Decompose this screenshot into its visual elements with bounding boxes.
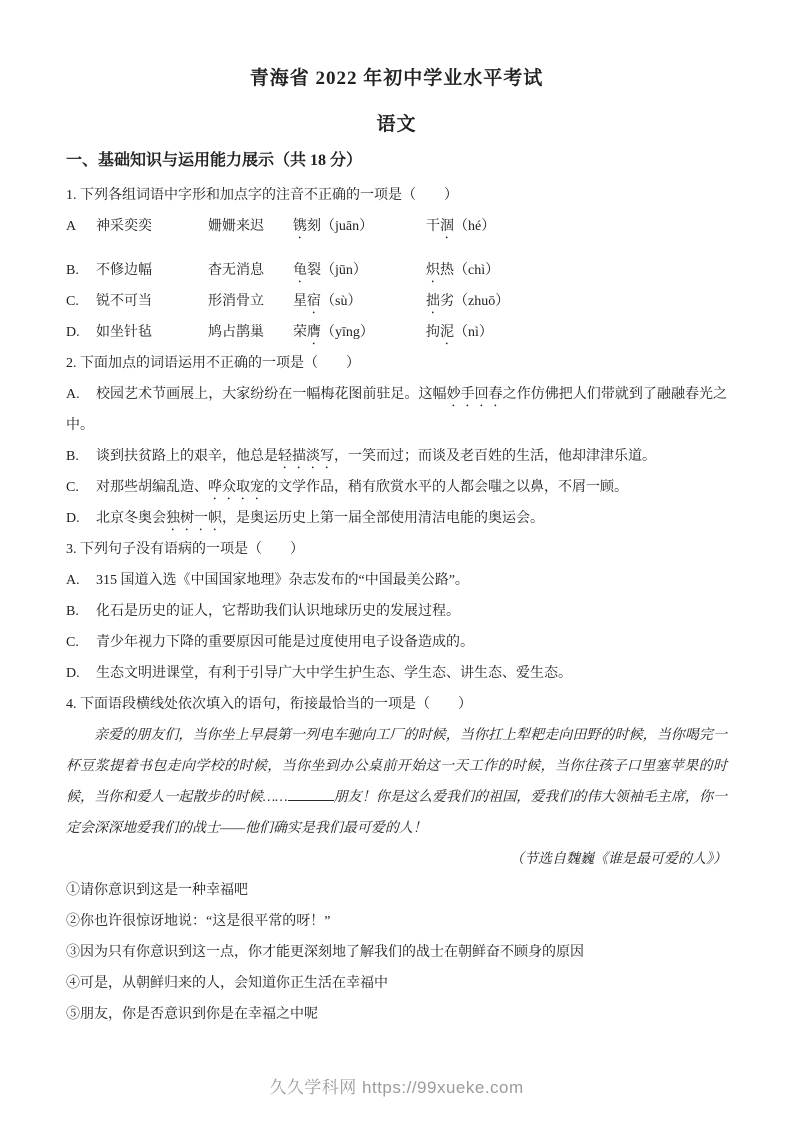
q1-word: 鸠占鹊巢	[208, 317, 293, 348]
exam-content: 青海省 2022 年初中学业水平考试 语文 一、基础知识与运用能力展示（共 18…	[0, 0, 793, 1030]
option-label: C.	[66, 472, 83, 503]
option-text: 化石是历史的证人，它帮助我们认识地球历史的发展过程。	[96, 604, 460, 619]
q4-item-1: ①请你意识到这是一种幸福吧	[66, 875, 727, 906]
q1-word-pinyin: 星宿（sù）	[293, 286, 426, 317]
option-text: 北京冬奥会独树一帜，是奥运历史上第一届全部使用清洁电能的奥运会。	[96, 511, 544, 526]
option-text: 校园艺术节画展上，大家纷纷在一幅梅花图前驻足。这幅妙手回春之作仿佛把人们带就到了…	[66, 387, 727, 433]
q1-word-pinyin: 镌刻（juān）	[293, 211, 426, 242]
q4-passage: 亲爱的朋友们，当你坐上早晨第一列电车驰向工厂的时候，当你扛上犁耙走向田野的时候，…	[66, 720, 727, 844]
q1-word-pinyin: 干涸（hé）	[426, 211, 727, 242]
option-text: 青少年视力下降的重要原因可能是过度使用电子设备造成的。	[96, 635, 474, 650]
q1-word: 神采奕奕	[96, 211, 208, 242]
watermark-footer: 久久学科网 https://99xueke.com	[0, 1073, 793, 1098]
q1-word: 杳无消息	[208, 255, 293, 286]
q1-word: 姗姗来迟	[208, 211, 293, 242]
option-label: A.	[66, 565, 83, 596]
q1-word-pinyin: 炽热（chì）	[426, 255, 727, 286]
q4-item-4: ④可是，从朝鲜归来的人，会知道你正生活在幸福中	[66, 968, 727, 999]
q1-word: 形消骨立	[208, 286, 293, 317]
option-text: 315 国道入选《中国国家地理》杂志发布的“中国最美公路”。	[96, 573, 469, 588]
option-label: A.	[66, 379, 83, 410]
exam-paper-page: 青海省 2022 年初中学业水平考试 语文 一、基础知识与运用能力展示（共 18…	[0, 0, 793, 1122]
q1-word-pinyin: 拘泥（nì）	[426, 317, 727, 348]
q1-row-c: C. 锐不可当 形消骨立 星宿（sù） 拙劣（zhuō）	[66, 286, 727, 317]
q4-item-2: ②你也许很惊讶地说：“这是很平常的呀！”	[66, 906, 727, 937]
q2-option-a: A.校园艺术节画展上，大家纷纷在一幅梅花图前驻足。这幅妙手回春之作仿佛把人们带就…	[66, 379, 727, 441]
option-text: 对那些胡编乱造、哗众取宠的文学作品，稍有欣赏水平的人都会嗤之以鼻，不屑一顾。	[96, 480, 628, 495]
option-label: D.	[66, 503, 83, 534]
option-text: 谈到扶贫路上的艰辛，他总是轻描淡写，一笑而过；而谈及老百姓的生活，他却津津乐道。	[96, 449, 656, 464]
q4-sentence-list: ①请你意识到这是一种幸福吧 ②你也许很惊讶地说：“这是很平常的呀！” ③因为只有…	[66, 875, 727, 1030]
q2-option-b: B.谈到扶贫路上的艰辛，他总是轻描淡写，一笑而过；而谈及老百姓的生活，他却津津乐…	[66, 441, 727, 472]
q1-row-label: B.	[66, 255, 96, 286]
q4-attribution: （节选自魏巍《谁是最可爱的人》）	[66, 844, 727, 875]
q1-word: 如坐针毡	[96, 317, 208, 348]
q4-stem: 4. 下面语段横线处依次填入的语句，衔接最恰当的一项是（ ）	[66, 689, 727, 720]
q3-option-a: A.315 国道入选《中国国家地理》杂志发布的“中国最美公路”。	[66, 565, 727, 596]
q1-row-label: C.	[66, 286, 96, 317]
q3-option-b: B.化石是历史的证人，它帮助我们认识地球历史的发展过程。	[66, 596, 727, 627]
q3-stem: 3. 下列句子没有语病的一项是（ ）	[66, 534, 727, 565]
option-label: B.	[66, 596, 83, 627]
q1-word-pinyin: 龟裂（jūn）	[293, 255, 426, 286]
q4-item-3: ③因为只有你意识到这一点，你才能更深刻地了解我们的战士在朝鲜奋不顾身的原因	[66, 937, 727, 968]
option-label: D.	[66, 658, 83, 689]
q1-word-pinyin: 拙劣（zhuō）	[426, 286, 727, 317]
q3-option-d: D.生态文明进课堂，有利于引导广大中学生护生态、学生态、讲生态、爱生态。	[66, 658, 727, 689]
exam-title: 青海省 2022 年初中学业水平考试	[66, 66, 727, 92]
q1-row-label: D.	[66, 317, 96, 348]
q1-word-pinyin: 荣膺（yīng）	[293, 317, 426, 348]
option-text: 生态文明进课堂，有利于引导广大中学生护生态、学生态、讲生态、爱生态。	[96, 666, 572, 681]
q1-row-label: A	[66, 211, 96, 242]
q2-option-d: D.北京冬奥会独树一帜，是奥运历史上第一届全部使用清洁电能的奥运会。	[66, 503, 727, 534]
q1-word: 锐不可当	[96, 286, 208, 317]
q4-item-5: ⑤朋友，你是否意识到你是在幸福之中呢	[66, 999, 727, 1030]
option-label: B.	[66, 441, 83, 472]
q1-row-a: A 神采奕奕 姗姗来迟 镌刻（juān） 干涸（hé）	[66, 211, 727, 242]
q1-row-d: D. 如坐针毡 鸠占鹊巢 荣膺（yīng） 拘泥（nì）	[66, 317, 727, 348]
exam-subject-title: 语文	[66, 112, 727, 138]
q1-row-b: B. 不修边幅 杳无消息 龟裂（jūn） 炽热（chì）	[66, 255, 727, 286]
option-label: C.	[66, 627, 83, 658]
section-heading: 一、基础知识与运用能力展示（共 18 分）	[66, 150, 727, 172]
q2-stem: 2. 下面加点的词语运用不正确的一项是（ ）	[66, 348, 727, 379]
q2-option-c: C.对那些胡编乱造、哗众取宠的文学作品，稍有欣赏水平的人都会嗤之以鼻，不屑一顾。	[66, 472, 727, 503]
q1-word: 不修边幅	[96, 255, 208, 286]
q1-stem: 1. 下列各组词语中字形和加点字的注音不正确的一项是（ ）	[66, 180, 727, 211]
q3-option-c: C.青少年视力下降的重要原因可能是过度使用电子设备造成的。	[66, 627, 727, 658]
